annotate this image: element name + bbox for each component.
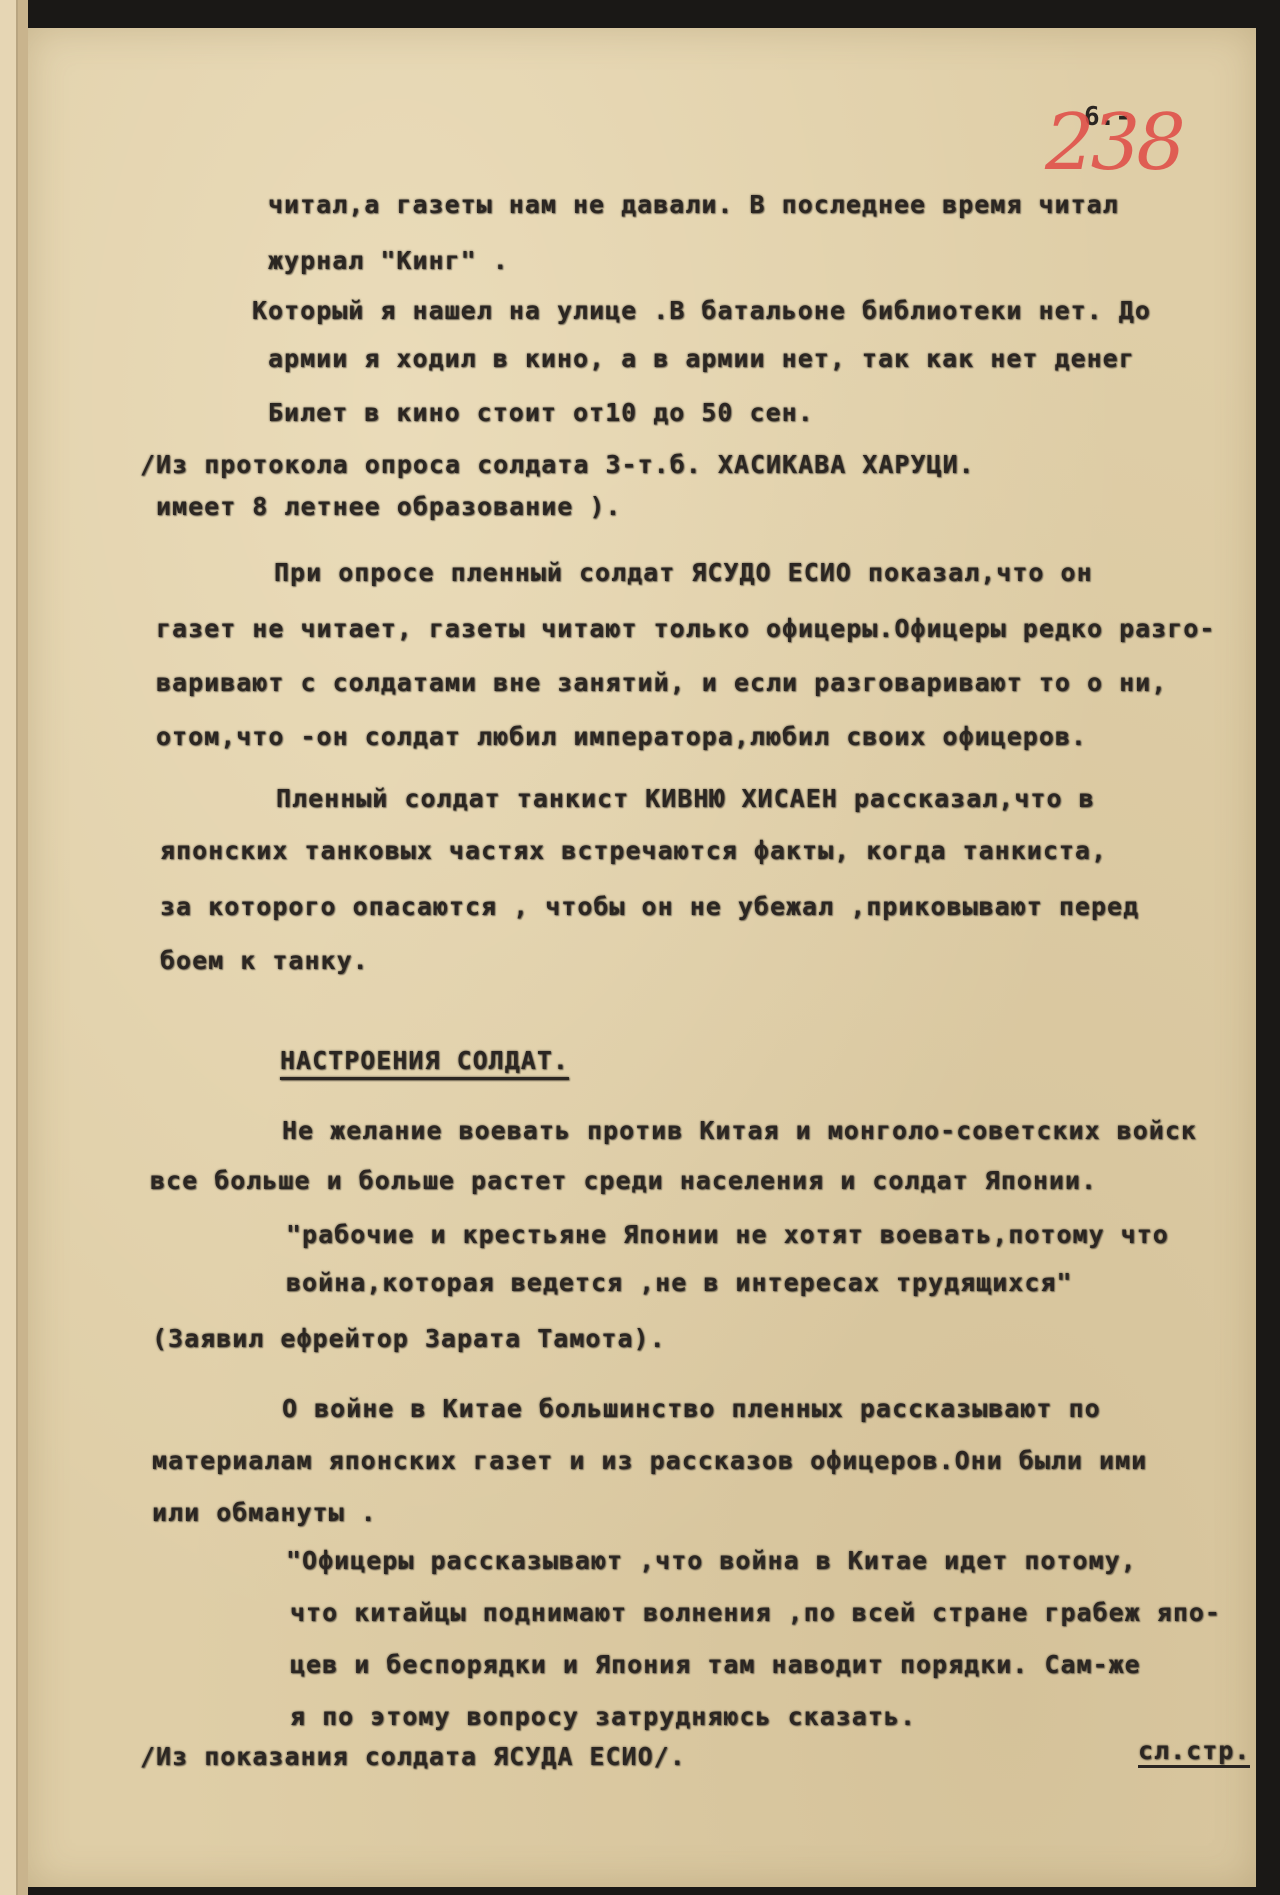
text-line: Билет в кино стоит от10 до 50 сен. [268, 398, 814, 427]
text-line: японских танковых частях встречаются фак… [160, 836, 1107, 865]
paragraph-start: О войне в Китае большинство пленных расс… [282, 1394, 1101, 1423]
paragraph-start: Не желание воевать против Китая и монгол… [282, 1116, 1197, 1145]
adjacent-page-edge [0, 0, 18, 1895]
text-line: читал,а газеты нам не давали. В последне… [268, 190, 1119, 219]
text-line: боем к танку. [160, 946, 369, 975]
text-line: Который я нашел на улице .В батальоне би… [252, 296, 1151, 325]
quote-attribution: (Заявил ефрейтор Зарата Тамота). [152, 1324, 666, 1353]
text-line: журнал "Кинг" . [268, 246, 509, 275]
text-line: или обмануты . [152, 1498, 377, 1527]
text-line: отом,что -он солдат любил императора,люб… [156, 722, 1087, 751]
quote-line: "рабочие и крестьяне Японии не хотят вое… [286, 1220, 1169, 1249]
next-page-marker: сл.стр. [1138, 1736, 1250, 1768]
binding-gap [18, 0, 28, 1895]
text-line: газет не читает, газеты читают только оф… [156, 614, 1215, 643]
paragraph-start: Пленный солдат танкист КИВНЮ ХИСАЕН расс… [276, 784, 1095, 813]
quote-line: война,которая ведется ,не в интересах тр… [286, 1268, 1073, 1297]
paragraph-start: При опросе пленный солдат ЯСУДО ЕСИО пок… [274, 558, 1093, 587]
quote-line: что китайцы поднимают волнения ,по всей … [290, 1598, 1221, 1627]
text-line: материалам японских газет и из рассказов… [152, 1446, 1147, 1475]
source-citation: /Из показания солдата ЯСУДА ЕСИО/. [140, 1742, 686, 1771]
quote-line: цев и беспорядки и Япония там наводит по… [290, 1650, 1141, 1679]
source-citation: /Из протокола опроса солдата 3-т.б. ХАСИ… [140, 450, 975, 479]
text-line: все больше и больше растет среди населен… [150, 1166, 1097, 1195]
quote-line: я по этому вопросу затрудняюсь сказать. [290, 1702, 916, 1731]
text-line: армии я ходил в кино, а в армии нет, так… [268, 344, 1135, 373]
text-line: варивают с солдатами вне занятий, и если… [156, 668, 1167, 697]
section-heading: НАСТРОЕНИЯ СОЛДАТ. [280, 1046, 569, 1075]
quote-line: "Офицеры рассказывают ,что война в Китае… [286, 1546, 1137, 1575]
text-line: имеет 8 летнее образование ). [156, 492, 622, 521]
text-line: за которого опасаются , чтобы он не убеж… [160, 892, 1139, 921]
archive-folio-number: 238 [1045, 98, 1182, 188]
